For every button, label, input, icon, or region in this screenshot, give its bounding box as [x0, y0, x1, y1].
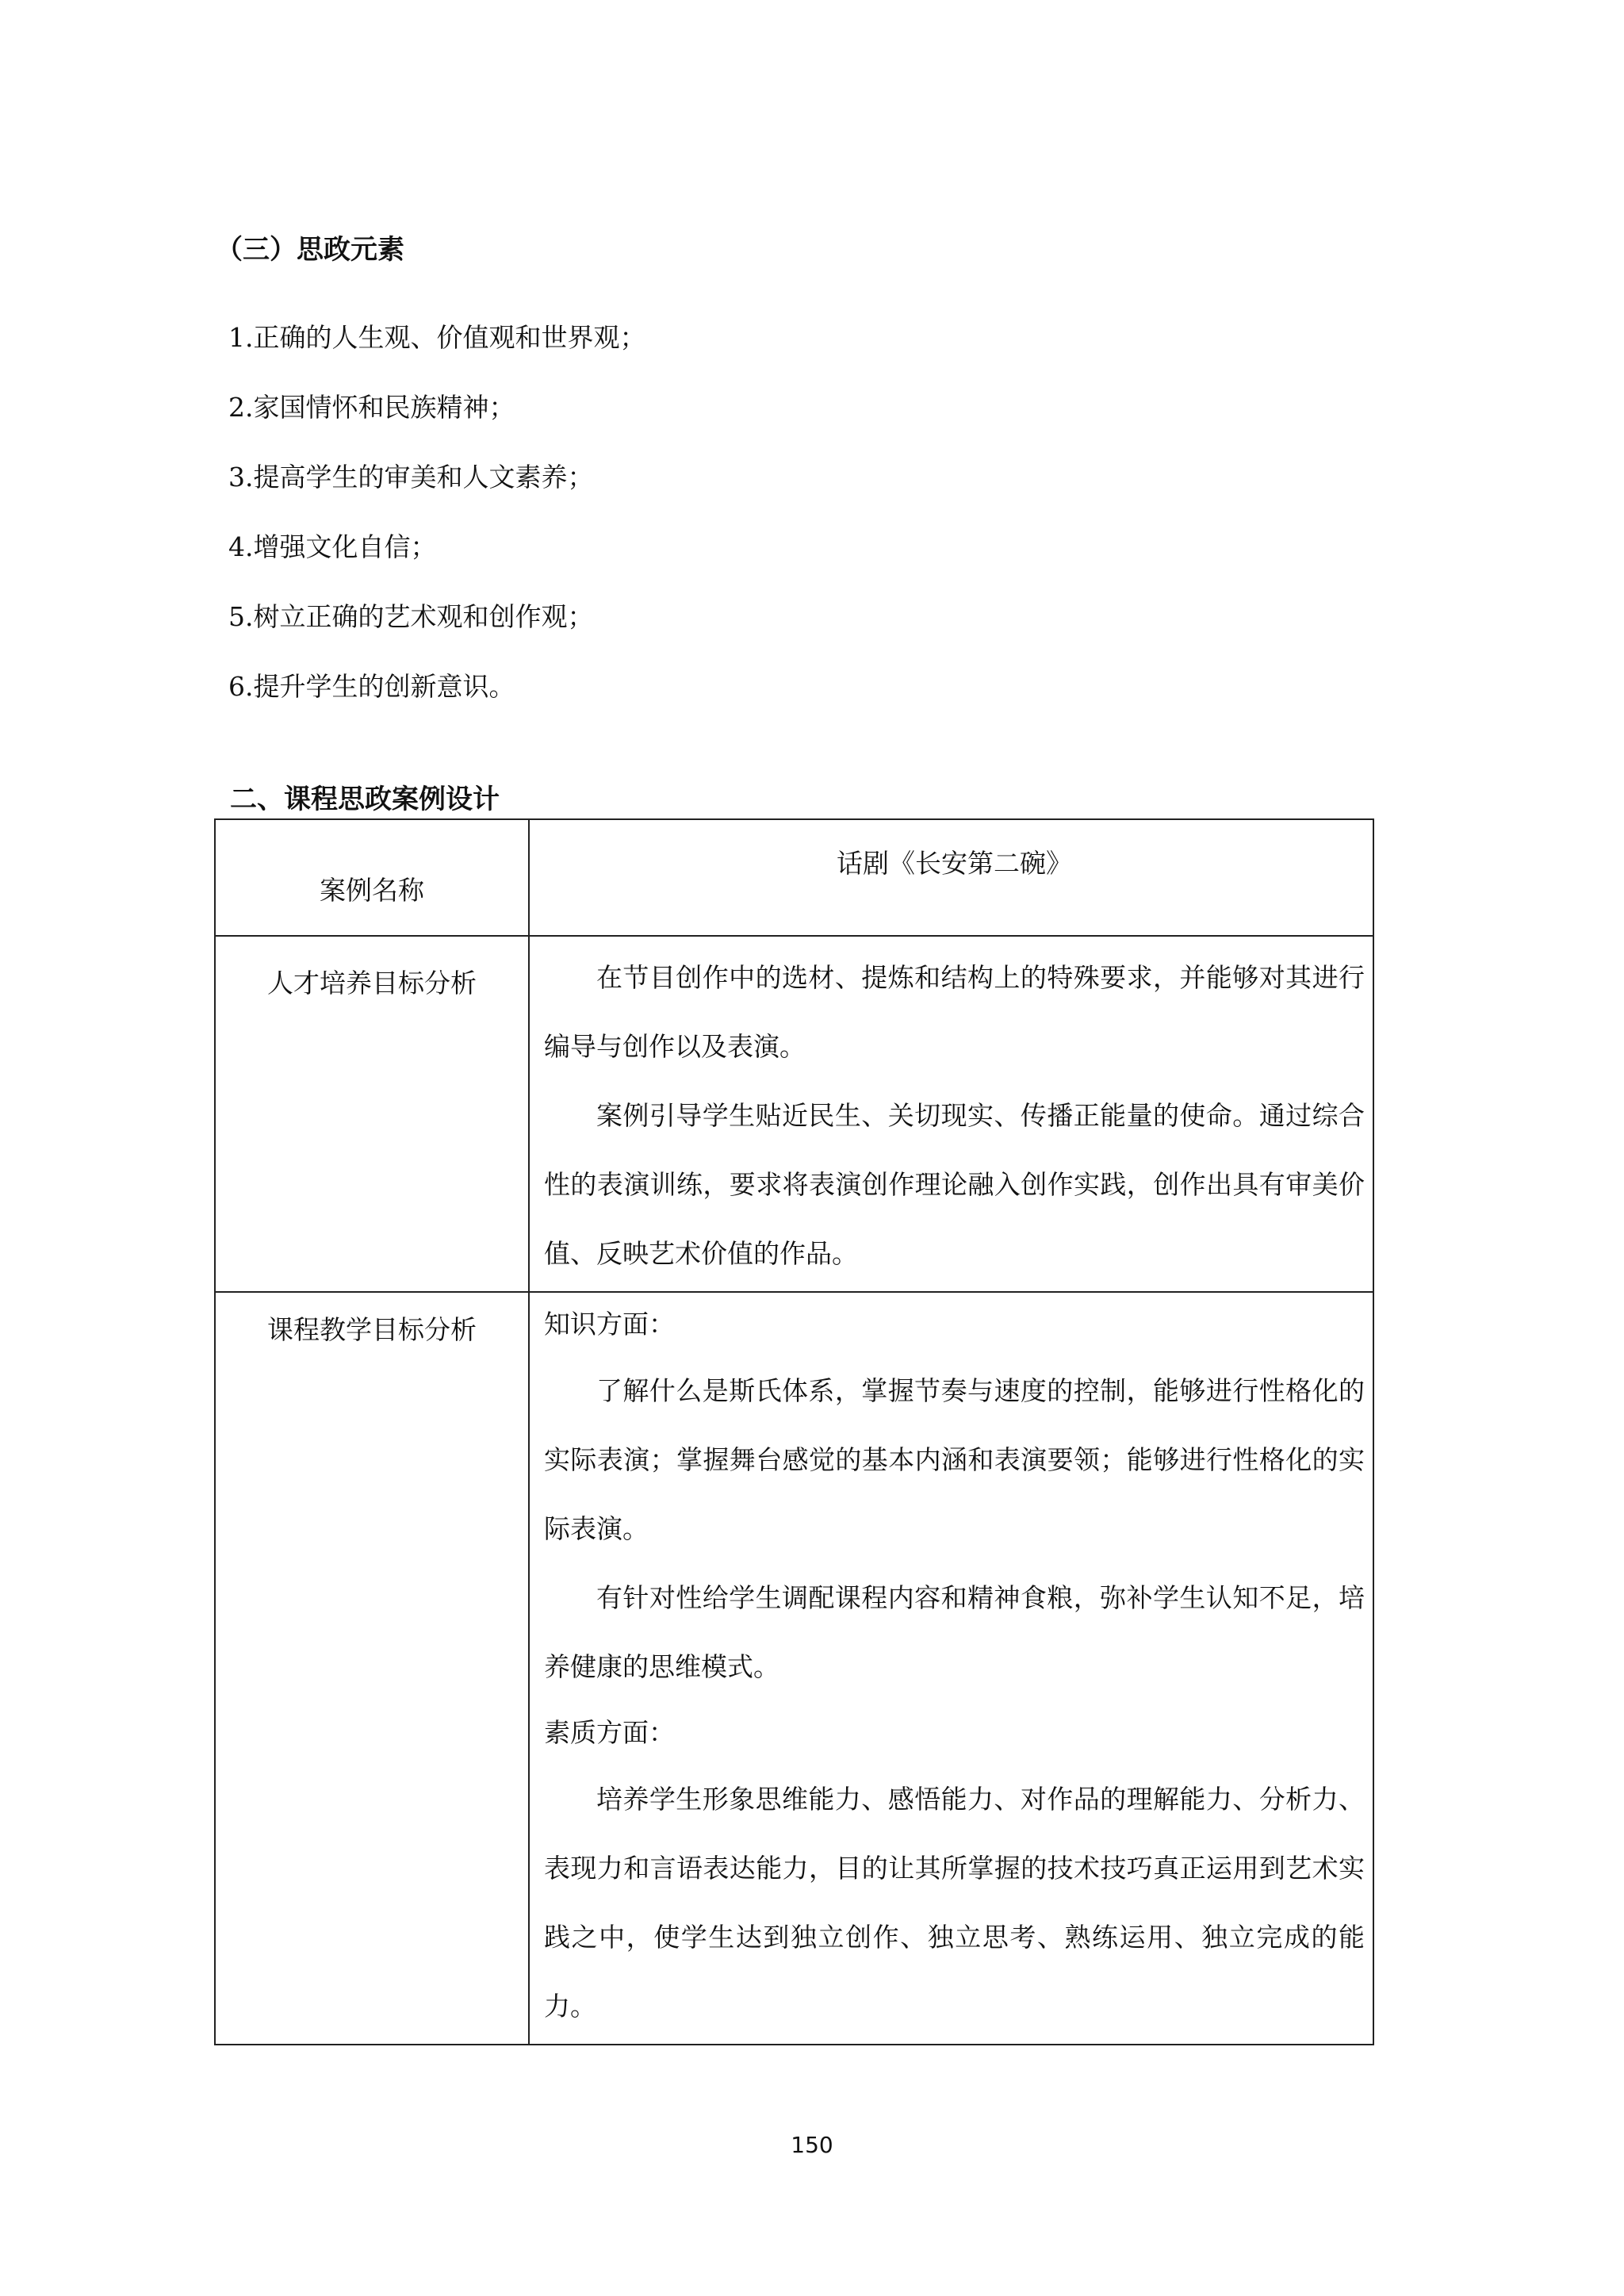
- teaching-goal-content: 知识方面： 了解什么是斯氏体系，掌握节奏与速度的控制，能够进行性格化的实际表演；…: [529, 1292, 1373, 2045]
- case-design-table: 案例名称 话剧《长安第二碗》 人才培养目标分析 在节目创作中的选材、提炼和结构上…: [214, 818, 1374, 2045]
- section-heading-ideological-elements: （三）思政元素: [216, 232, 404, 268]
- list-item: 2.家国情怀和民族精神；: [228, 373, 646, 443]
- knowledge-heading: 知识方面：: [544, 1293, 1365, 1356]
- paragraph: 有针对性给学生调配课程内容和精神食粮，弥补学生认知不足，培养健康的思维模式。: [544, 1563, 1365, 1701]
- quality-heading: 素质方面：: [544, 1701, 1365, 1765]
- paragraph: 了解什么是斯氏体系，掌握节奏与速度的控制，能够进行性格化的实际表演；掌握舞台感觉…: [544, 1356, 1365, 1563]
- paragraph: 案例引导学生贴近民生、关切现实、传播正能量的使命。通过综合性的表演训练，要求将表…: [544, 1081, 1365, 1288]
- list-item: 4.增强文化自信；: [228, 512, 646, 582]
- list-item: 5.树立正确的艺术观和创作观；: [228, 582, 646, 652]
- list-item: 1.正确的人生观、价值观和世界观；: [228, 303, 646, 373]
- row-label: 课程教学目标分析: [215, 1292, 529, 2045]
- section-heading-case-design: 二、课程思政案例设计: [230, 781, 500, 818]
- ideological-elements-list: 1.正确的人生观、价值观和世界观； 2.家国情怀和民族精神； 3.提高学生的审美…: [228, 303, 646, 722]
- table-row-talent-goal: 人才培养目标分析 在节目创作中的选材、提炼和结构上的特殊要求，并能够对其进行编导…: [215, 936, 1373, 1292]
- case-name-value: 话剧《长安第二碗》: [529, 819, 1373, 936]
- table-row-teaching-goal: 课程教学目标分析 知识方面： 了解什么是斯氏体系，掌握节奏与速度的控制，能够进行…: [215, 1292, 1373, 2045]
- table-row-case-name: 案例名称 话剧《长安第二碗》: [215, 819, 1373, 936]
- paragraph: 在节目创作中的选材、提炼和结构上的特殊要求，并能够对其进行编导与创作以及表演。: [544, 943, 1365, 1081]
- list-item: 3.提高学生的审美和人文素养；: [228, 443, 646, 512]
- page-number: 150: [0, 2132, 1624, 2158]
- row-label: 人才培养目标分析: [215, 936, 529, 1292]
- paragraph: 培养学生形象思维能力、感悟能力、对作品的理解能力、分析力、表现力和言语表达能力，…: [544, 1765, 1365, 2041]
- list-item: 6.提升学生的创新意识。: [228, 652, 646, 722]
- row-label: 案例名称: [215, 819, 529, 936]
- talent-goal-content: 在节目创作中的选材、提炼和结构上的特殊要求，并能够对其进行编导与创作以及表演。 …: [529, 936, 1373, 1292]
